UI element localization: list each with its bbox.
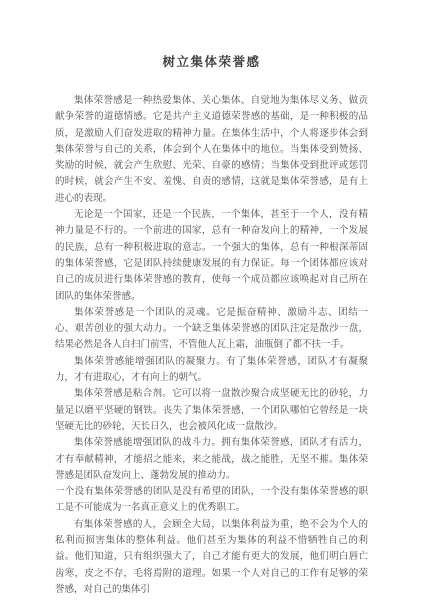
paragraph: 集体荣誉感是一个团队的灵魂。它是振奋精神、激励斗志、团结一心、艰苦创业的强大动力… bbox=[55, 305, 368, 354]
document-title: 树立集体荣誉感 bbox=[0, 52, 423, 70]
paragraph: 集体荣誉感能增强团队的凝聚力。有了集体荣誉感，团队才有凝聚力，才有进取心，才有向… bbox=[55, 354, 368, 387]
paragraph: 有集体荣誉感的人，会顾全大局，以集体利益为重，绝不会为个人的私利而损害集体的整体… bbox=[55, 517, 368, 598]
paragraph: 一个没有集体荣誉感的团队是没有希望的团队，一个没有集体荣誉感的职工是不可能成为一… bbox=[55, 484, 368, 517]
paragraph: 无论是一个国家，还是一个民族，一个集体，甚至于一个人，没有精神力量是不行的。一个… bbox=[55, 207, 368, 305]
document-body: 集体荣誉感是一种热爱集体、关心集体、自觉地为集体尽义务、做贡献争荣誉的道德情感。… bbox=[55, 93, 368, 598]
paragraph: 集体荣誉感是粘合剂。它可以将一盘散沙聚合成坚硬无比的砂轮，力量足以磨平坚硬的钢铁… bbox=[55, 386, 368, 435]
paragraph: 集体荣誉感能增强团队的战斗力。拥有集体荣誉感，团队才有活力，才有奉献精神，才能招… bbox=[55, 435, 368, 484]
document-page: 树立集体荣誉感 集体荣誉感是一种热爱集体、关心集体、自觉地为集体尽义务、做贡献争… bbox=[0, 0, 423, 600]
paragraph: 集体荣誉感是一种热爱集体、关心集体、自觉地为集体尽义务、做贡献争荣誉的道德情感。… bbox=[55, 93, 368, 207]
